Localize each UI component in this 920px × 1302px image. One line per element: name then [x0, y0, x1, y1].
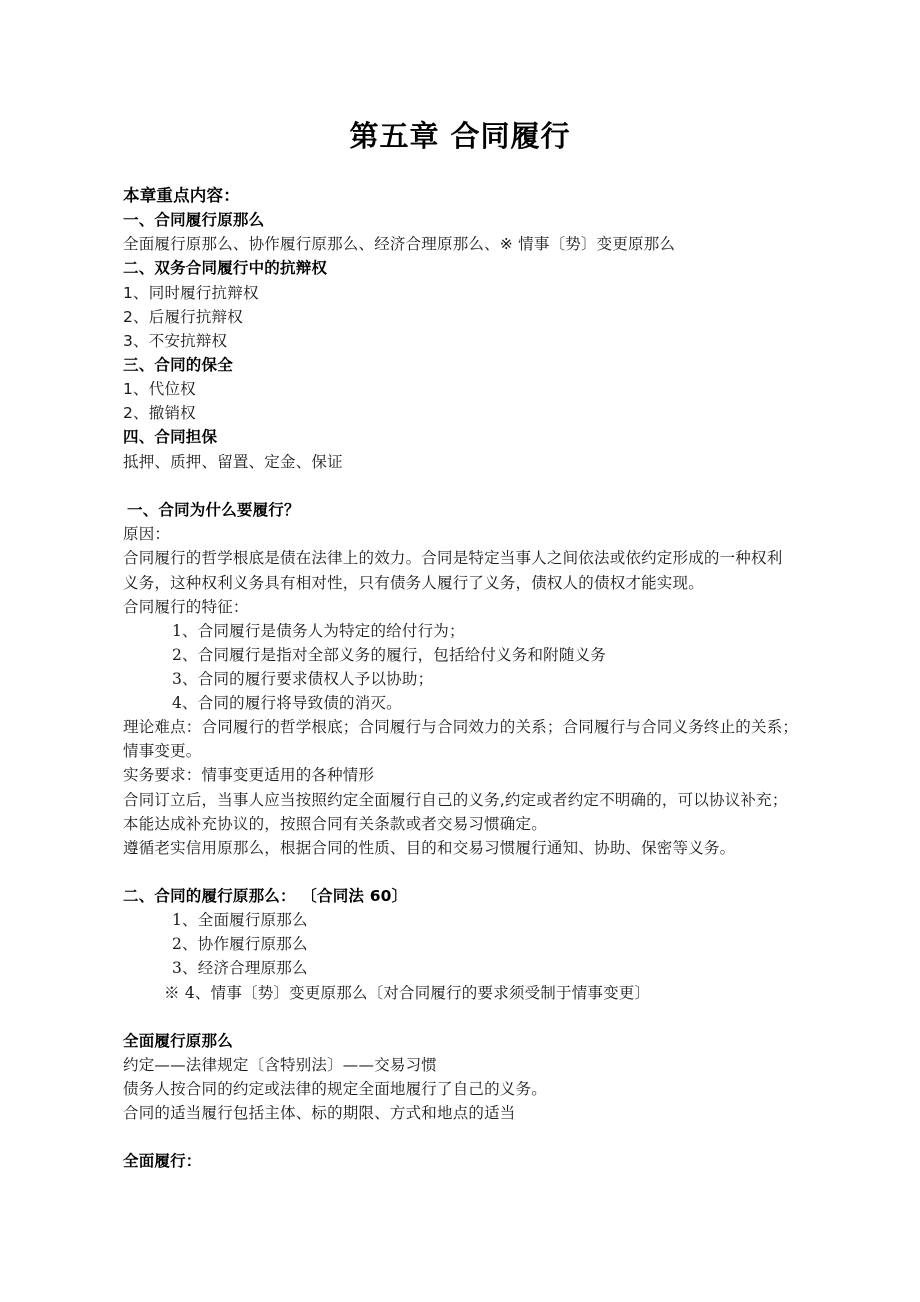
key-section-2-item-1: 1、同时履行抗辩权 — [123, 281, 259, 305]
principle-item-3: 3、经济合理原那么 — [172, 956, 308, 980]
section-1-heading: 一、合同为什么要履行？ — [127, 498, 300, 522]
reason-label: 原因： — [123, 522, 170, 546]
key-section-1-item: 全面履行原那么、协作履行原那么、经济合理原那么、※ 情事〔势〕变更原那么 — [123, 232, 675, 256]
feature-item-2: 2、合同履行是指对全部义务的履行，包括给付义务和附随义务 — [172, 643, 606, 667]
full-performance-line-3: 合同的适当履行包括主体、标的期限、方式和地点的适当 — [123, 1101, 516, 1125]
contract-line-3: 遵循老实信用原那么，根据合同的性质、目的和交易习惯履行通知、协助、保密等义务。 — [123, 836, 735, 860]
document-page: 第五章 合同履行 本章重点内容： 一、合同履行原那么 全面履行原那么、协作履行原… — [0, 0, 920, 1302]
key-section-4-heading: 四、合同担保 — [123, 425, 217, 449]
chapter-title: 第五章 合同履行 — [0, 116, 920, 156]
full-performance-subheading: 全面履行： — [123, 1149, 202, 1173]
key-points-heading: 本章重点内容： — [123, 184, 240, 208]
features-label: 合同履行的特征： — [123, 595, 249, 619]
theory-line-2: 情事变更。 — [123, 739, 202, 763]
key-section-2-item-2: 2、后履行抗辩权 — [123, 305, 243, 329]
key-section-2-heading: 二、双务合同履行中的抗辩权 — [123, 256, 327, 280]
contract-line-1: 合同订立后，当事人应当按照约定全面履行自己的义务,约定或者约定不明确的，可以协议… — [123, 788, 788, 812]
theory-line-1: 理论难点：合同履行的哲学根底；合同履行与合同效力的关系；合同履行与合同义务终止的… — [123, 715, 798, 739]
key-section-3-item-2: 2、撤销权 — [123, 401, 196, 425]
principle-item-1: 1、全面履行原那么 — [172, 908, 308, 932]
principle-item-2: 2、协作履行原那么 — [172, 932, 308, 956]
reason-line-2: 义务，这种权利义务具有相对性，只有债务人履行了义务，债权人的债权才能实现。 — [123, 571, 704, 595]
full-performance-heading: 全面履行原那么 — [123, 1029, 233, 1053]
full-performance-line-1: 约定——法律规定〔含特别法〕——交易习惯 — [123, 1053, 437, 1077]
key-section-3-item-1: 1、代位权 — [123, 377, 196, 401]
full-performance-line-2: 债务人按合同的约定或法律的规定全面地履行了自己的义务。 — [123, 1077, 547, 1101]
key-section-4-item: 抵押、质押、留置、定金、保证 — [123, 450, 343, 474]
key-section-3-heading: 三、合同的保全 — [123, 353, 233, 377]
contract-line-2: 本能达成补充协议的，按照合同有关条款或者交易习惯确定。 — [123, 812, 547, 836]
feature-item-1: 1、合同履行是债务人为特定的给付行为； — [172, 619, 465, 643]
key-section-1-heading: 一、合同履行原那么 — [123, 208, 264, 232]
feature-item-3: 3、合同的履行要求债权人予以协助； — [172, 667, 433, 691]
practice-requirement: 实务要求：情事变更适用的各种情形 — [123, 763, 374, 787]
section-2-heading: 二、合同的履行原那么： 〔合同法 60〕 — [123, 884, 407, 908]
principle-item-4: ※ 4、情事〔势〕变更原那么〔对合同履行的要求须受制于情事变更〕 — [164, 981, 650, 1005]
feature-item-4: 4、合同的履行将导致债的消灭。 — [172, 691, 402, 715]
reason-line-1: 合同履行的哲学根底是债在法律上的效力。合同是特定当事人之间依法或依约定形成的一种… — [123, 546, 782, 570]
key-section-2-item-3: 3、不安抗辩权 — [123, 329, 227, 353]
